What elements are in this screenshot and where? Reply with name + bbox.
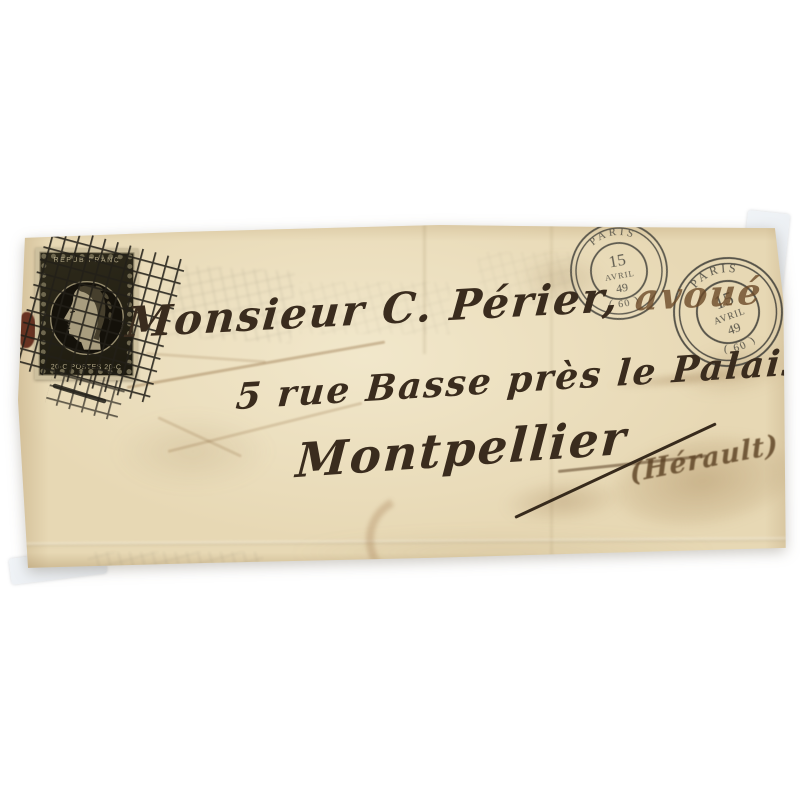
photo-canvas: REPUB FRANC 20·C POSTES 20·C bbox=[0, 0, 800, 800]
postmark-day: 15 bbox=[607, 250, 627, 272]
envelope: REPUB FRANC 20·C POSTES 20·C bbox=[18, 224, 788, 570]
ink-stain bbox=[354, 483, 466, 596]
addressee-title: avoué bbox=[633, 271, 764, 320]
ink-stain bbox=[498, 473, 627, 530]
postmark-year: 49 bbox=[725, 319, 742, 338]
cancel-smudge bbox=[88, 552, 263, 570]
paper-toning bbox=[288, 532, 718, 574]
